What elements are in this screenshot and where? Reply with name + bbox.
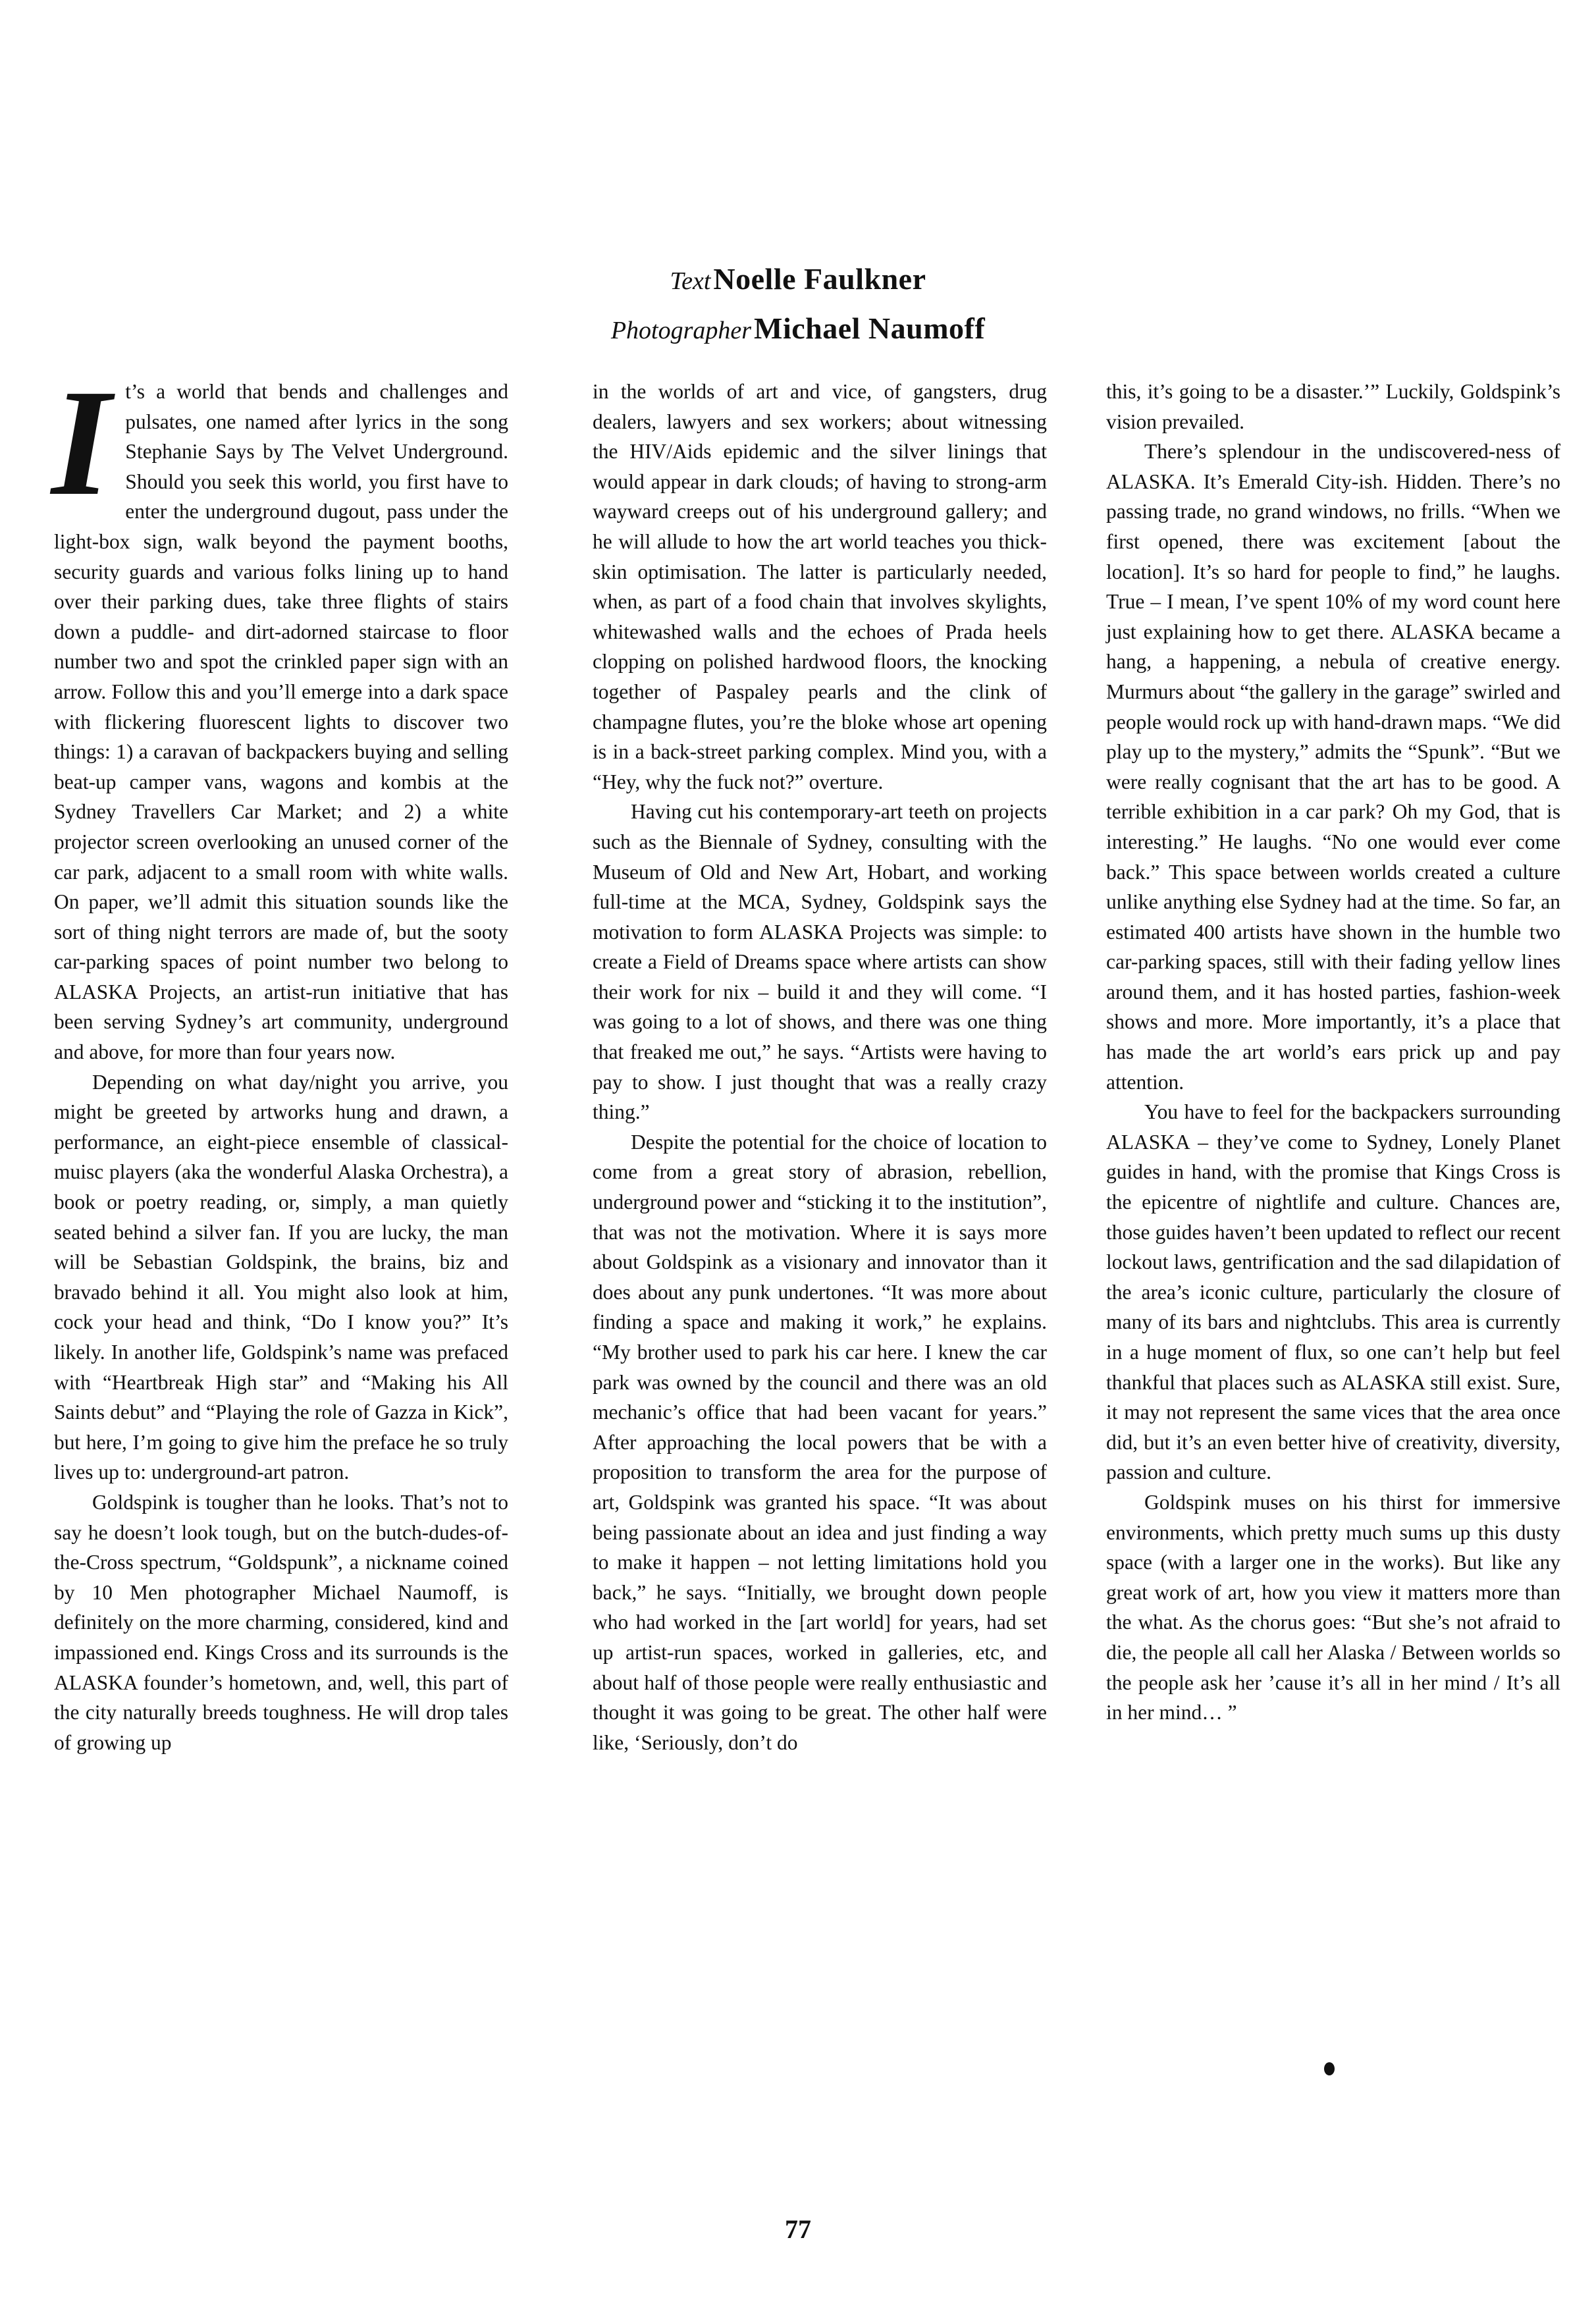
byline-writer: Text Noelle Faulkner xyxy=(0,258,1596,307)
photographer-name: Michael Naumoff xyxy=(754,311,985,345)
drop-cap: I xyxy=(51,381,111,507)
end-of-article-bullet-icon xyxy=(1324,2062,1335,2075)
writer-role-label: Text xyxy=(670,267,710,295)
byline-photographer: Photographer Michael Naumoff xyxy=(0,307,1596,357)
paragraph: You have to feel for the backpackers sur… xyxy=(1106,1097,1560,1487)
paragraph: Goldspink muses on his thirst for immers… xyxy=(1106,1487,1560,1728)
paragraph: this, it’s going to be a disaster.’” Luc… xyxy=(1106,377,1560,437)
paragraph: Depending on what day/night you arrive, … xyxy=(54,1067,508,1487)
paragraph: Goldspink is tougher than he looks. That… xyxy=(54,1487,508,1757)
writer-name: Noelle Faulkner xyxy=(713,262,926,296)
photographer-role-label: Photographer xyxy=(611,317,751,344)
paragraph-text: t’s a world that bends and challenges an… xyxy=(54,380,508,1063)
article-column-1: It’s a world that bends and challenges a… xyxy=(54,377,508,1757)
paragraph: It’s a world that bends and challenges a… xyxy=(54,377,508,1067)
byline: Text Noelle Faulkner Photographer Michae… xyxy=(0,258,1596,357)
paragraph: Having cut his contemporary-art teeth on… xyxy=(593,797,1047,1127)
paragraph: Despite the potential for the choice of … xyxy=(593,1127,1047,1757)
paragraph: There’s splendour in the undiscovered-ne… xyxy=(1106,437,1560,1097)
article-column-2: in the worlds of art and vice, of gangst… xyxy=(593,377,1047,1757)
page-number: 77 xyxy=(0,2214,1596,2245)
article-column-3: this, it’s going to be a disaster.’” Luc… xyxy=(1106,377,1560,1728)
paragraph: in the worlds of art and vice, of gangst… xyxy=(593,377,1047,797)
